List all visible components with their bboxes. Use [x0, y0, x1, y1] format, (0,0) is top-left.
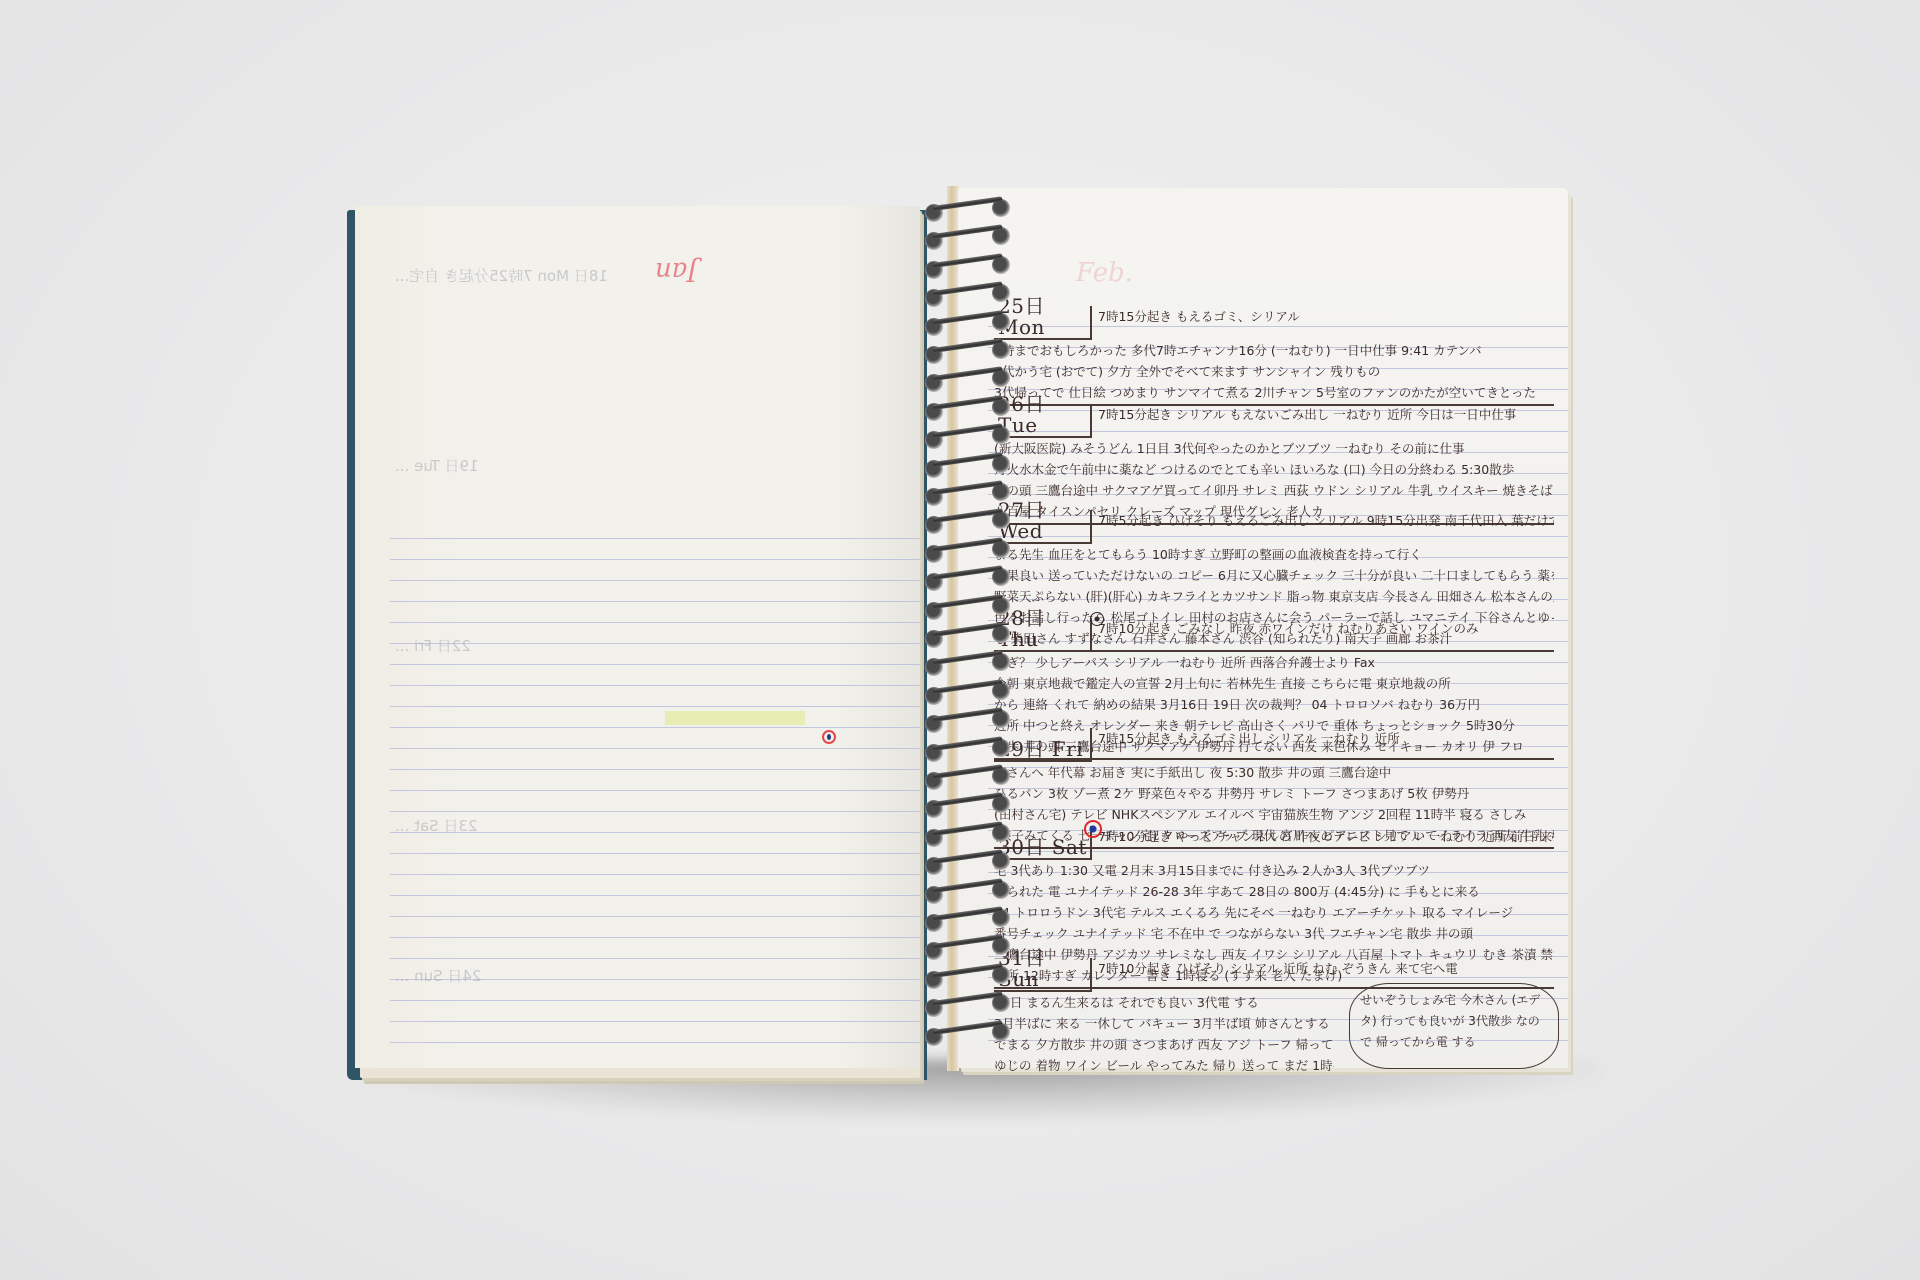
- spiral-ring: [905, 257, 1005, 281]
- spiral-ring: [905, 626, 1005, 650]
- entry-line: 27日 まるん生来るは それでも良い 3代電 する: [994, 992, 1334, 1013]
- entry-line: 井の頭 三鷹台途中 サクマアゲ買ってイ卯丹 サレミ 西荻 ウドン シリアル 牛乳…: [994, 480, 1554, 501]
- entry-line: 9時までおもしろかった 多代7時エチャンナ16分 (一ねむり) 一日中仕事 9:…: [994, 340, 1554, 361]
- spiral-ring: [905, 967, 1005, 991]
- sun-symbol-icon: [1090, 612, 1104, 626]
- red-blue-dot-icon: [822, 730, 836, 744]
- day-label-text: 28日 Thu: [998, 608, 1090, 650]
- entry-line: 野菜天ぷらない (肝)(肝心) カキフライとカツサンド 脂っ物 東京支店 今長さ…: [994, 586, 1554, 607]
- entry-line: 結果良い 送っていただけないの コピー 6月に又心臓チェック 三十分が良い 二十…: [994, 565, 1554, 586]
- show-through-text-1: 18日 Mon 7時25分起き 自宅...: [395, 266, 608, 287]
- entry-line: ゆじの 着物 ワイン ビール やってみた 帰り 送って まだ 1時半頃 寝る: [994, 1055, 1334, 1076]
- right-page: Feb. 25日 Mon 7時15分起き もえるゴミ、シリアル 9時までおもしろ…: [958, 188, 1568, 1068]
- red-blue-dot-icon: [1084, 820, 1102, 838]
- spiral-ring: [905, 740, 1005, 764]
- highlighter-mark: [665, 711, 805, 725]
- entry-line: 月火水木金で午前中に薬など つけるのでとても辛い ほいろな (口) 今日の分終わ…: [994, 459, 1554, 480]
- spiral-ring: [905, 228, 1005, 252]
- entry-line: でまる 夕方散歩 井の頭 さつまあげ 西友 アジ トーフ 帰って 帰ってから電 …: [994, 1034, 1334, 1055]
- entry-line: 宅 3代あり 1:30 又電 2月末 3月15日までに 付き込み 2人か3人 3…: [994, 860, 1554, 881]
- spiral-ring: [905, 399, 1005, 423]
- entry-line: (新大阪医院) みそうどん 1日目 3代何やったのかとブツブツ 一ねむり その前…: [994, 438, 1554, 459]
- entry-line: 04 トロロうドン 3代宅 テルス エくるろ 先にそべ 一ねむり エアーチケット…: [994, 902, 1554, 923]
- spiral-ring: [905, 654, 1005, 678]
- spiral-binding: [905, 200, 1005, 1080]
- entry-line: 来られた 電 ユナイテッド 26-28 3年 宇あて 28日の 800万 (4:…: [994, 881, 1554, 902]
- entry-first-line: 7時10分起き やっと チャンネルの 昨夜のテレビ シリアル 一ねむり 近所 前…: [1092, 826, 1554, 847]
- entry-line: ひるパン 3枚 ゾー煮 2ケ 野菜色々やる 井勢丹 サレミ トーフ さつまあげ …: [994, 783, 1554, 804]
- spiral-ring: [905, 882, 1005, 906]
- spiral-ring: [905, 1024, 1005, 1048]
- spiral-ring: [905, 427, 1005, 451]
- entry-first-line: 7時10分起き ごみなし 昨夜 赤ワインだけ ねむりあさい ワインのみ: [1092, 618, 1478, 639]
- spiral-ring: [905, 825, 1005, 849]
- spiral-ring: [905, 853, 1005, 877]
- spiral-ring: [905, 938, 1005, 962]
- show-through-text-3: 22日 Fri ...: [395, 636, 471, 657]
- spiral-ring: [905, 512, 1005, 536]
- entry-line: (田村さん宅) テレビ NHKスペシアル エイルベ 宇宙猫族生物 アンジ 2回程…: [994, 804, 1554, 825]
- entry-first-line: 7時15分起き もえるゴミ、シリアル: [1092, 306, 1300, 327]
- entry-line: 番号チェック ユナイテッド 宅 不在中 で つながらない 3代 フエチャン宅 散…: [994, 923, 1554, 944]
- spiral-ring: [905, 314, 1005, 338]
- entry-first-line: 7時15分起き もえるゴミ出し シリアル 一ねむり 近所: [1092, 728, 1400, 749]
- show-through-text-2: 19日 Tue ...: [395, 456, 479, 477]
- spiral-ring: [905, 370, 1005, 394]
- spiral-ring: [905, 342, 1005, 366]
- spiral-ring: [905, 711, 1005, 735]
- entry-line: まる先生 血圧をとてもらう 10時すぎ 立野町の整画の血液検査を持って行く: [994, 544, 1554, 565]
- spiral-ring: [905, 541, 1005, 565]
- show-through-text-5: 24日 Sun ...: [395, 966, 481, 987]
- entry-line: 3代かう宅 (おでて) 夕方 全外でそべて来ます サンシャイン 残りもの: [994, 361, 1554, 382]
- spiral-ring: [905, 285, 1005, 309]
- spiral-ring: [905, 995, 1005, 1019]
- spiral-ring: [905, 456, 1005, 480]
- diary-entry-31-sun: 31日 Sun 7時10分起き ひげそり シリアル 近所 ねむ ぞうきん 来て宅…: [994, 958, 1554, 1076]
- entry-line: すぎ？ 少しアーパス シリアル 一ねむり 近所 西落合弁護士より Fax: [994, 652, 1554, 673]
- spiral-ring: [905, 200, 1005, 224]
- left-page: Jan 18日 Mon 7時25分起き 自宅... 19日 Tue ... 22…: [355, 206, 920, 1068]
- right-month-label: Feb.: [1076, 258, 1133, 288]
- circled-note: せいぞうしょみ宅 今木さん (エデタ) 行っても良いが 3代散歩 なので 帰って…: [1349, 983, 1559, 1069]
- entry-line: 実さんへ 年代幕 お届き 実に手紙出し 夜 5:30 散歩 井の頭 三鷹台途中: [994, 762, 1554, 783]
- spiral-ring: [905, 569, 1005, 593]
- spiral-ring: [905, 598, 1005, 622]
- left-month-label: Jan: [655, 256, 698, 286]
- entry-first-line: 7時5分起き ひげそり もえるごみ出し シリアル 9時15分出発 南千代田入 葉…: [1092, 510, 1554, 531]
- diary-entry-25-mon: 25日 Mon 7時15分起き もえるゴミ、シリアル 9時までおもしろかった 多…: [994, 306, 1554, 407]
- show-through-text-4: 23日 Sat ...: [395, 816, 478, 837]
- spiral-ring: [905, 484, 1005, 508]
- day-label-text: 30日 Sat: [998, 837, 1087, 858]
- entry-line: 今朝 東京地裁で鑑定人の宣誓 2月上旬に 若林先生 直接 こちらに電 東京地裁の…: [994, 673, 1554, 694]
- spiral-ring: [905, 768, 1005, 792]
- spiral-ring: [905, 796, 1005, 820]
- entry-first-line: 7時15分起き シリアル もえないごみ出し 一ねむり 近所 今日は一日中仕事: [1092, 404, 1516, 425]
- spiral-ring: [905, 910, 1005, 934]
- entry-first-line: 7時10分起き ひげそり シリアル 近所 ねむ ぞうきん 来て宅へ電: [1092, 958, 1458, 979]
- entry-line: から 連絡 くれて 納めの結果 3月16日 19日 次の裁判？ 04 トロロソバ…: [994, 694, 1554, 715]
- entry-line: 3月半ばに 来る 一休して バキュー 3月半ば頃 姉さんとする: [994, 1013, 1334, 1034]
- spiral-ring: [905, 683, 1005, 707]
